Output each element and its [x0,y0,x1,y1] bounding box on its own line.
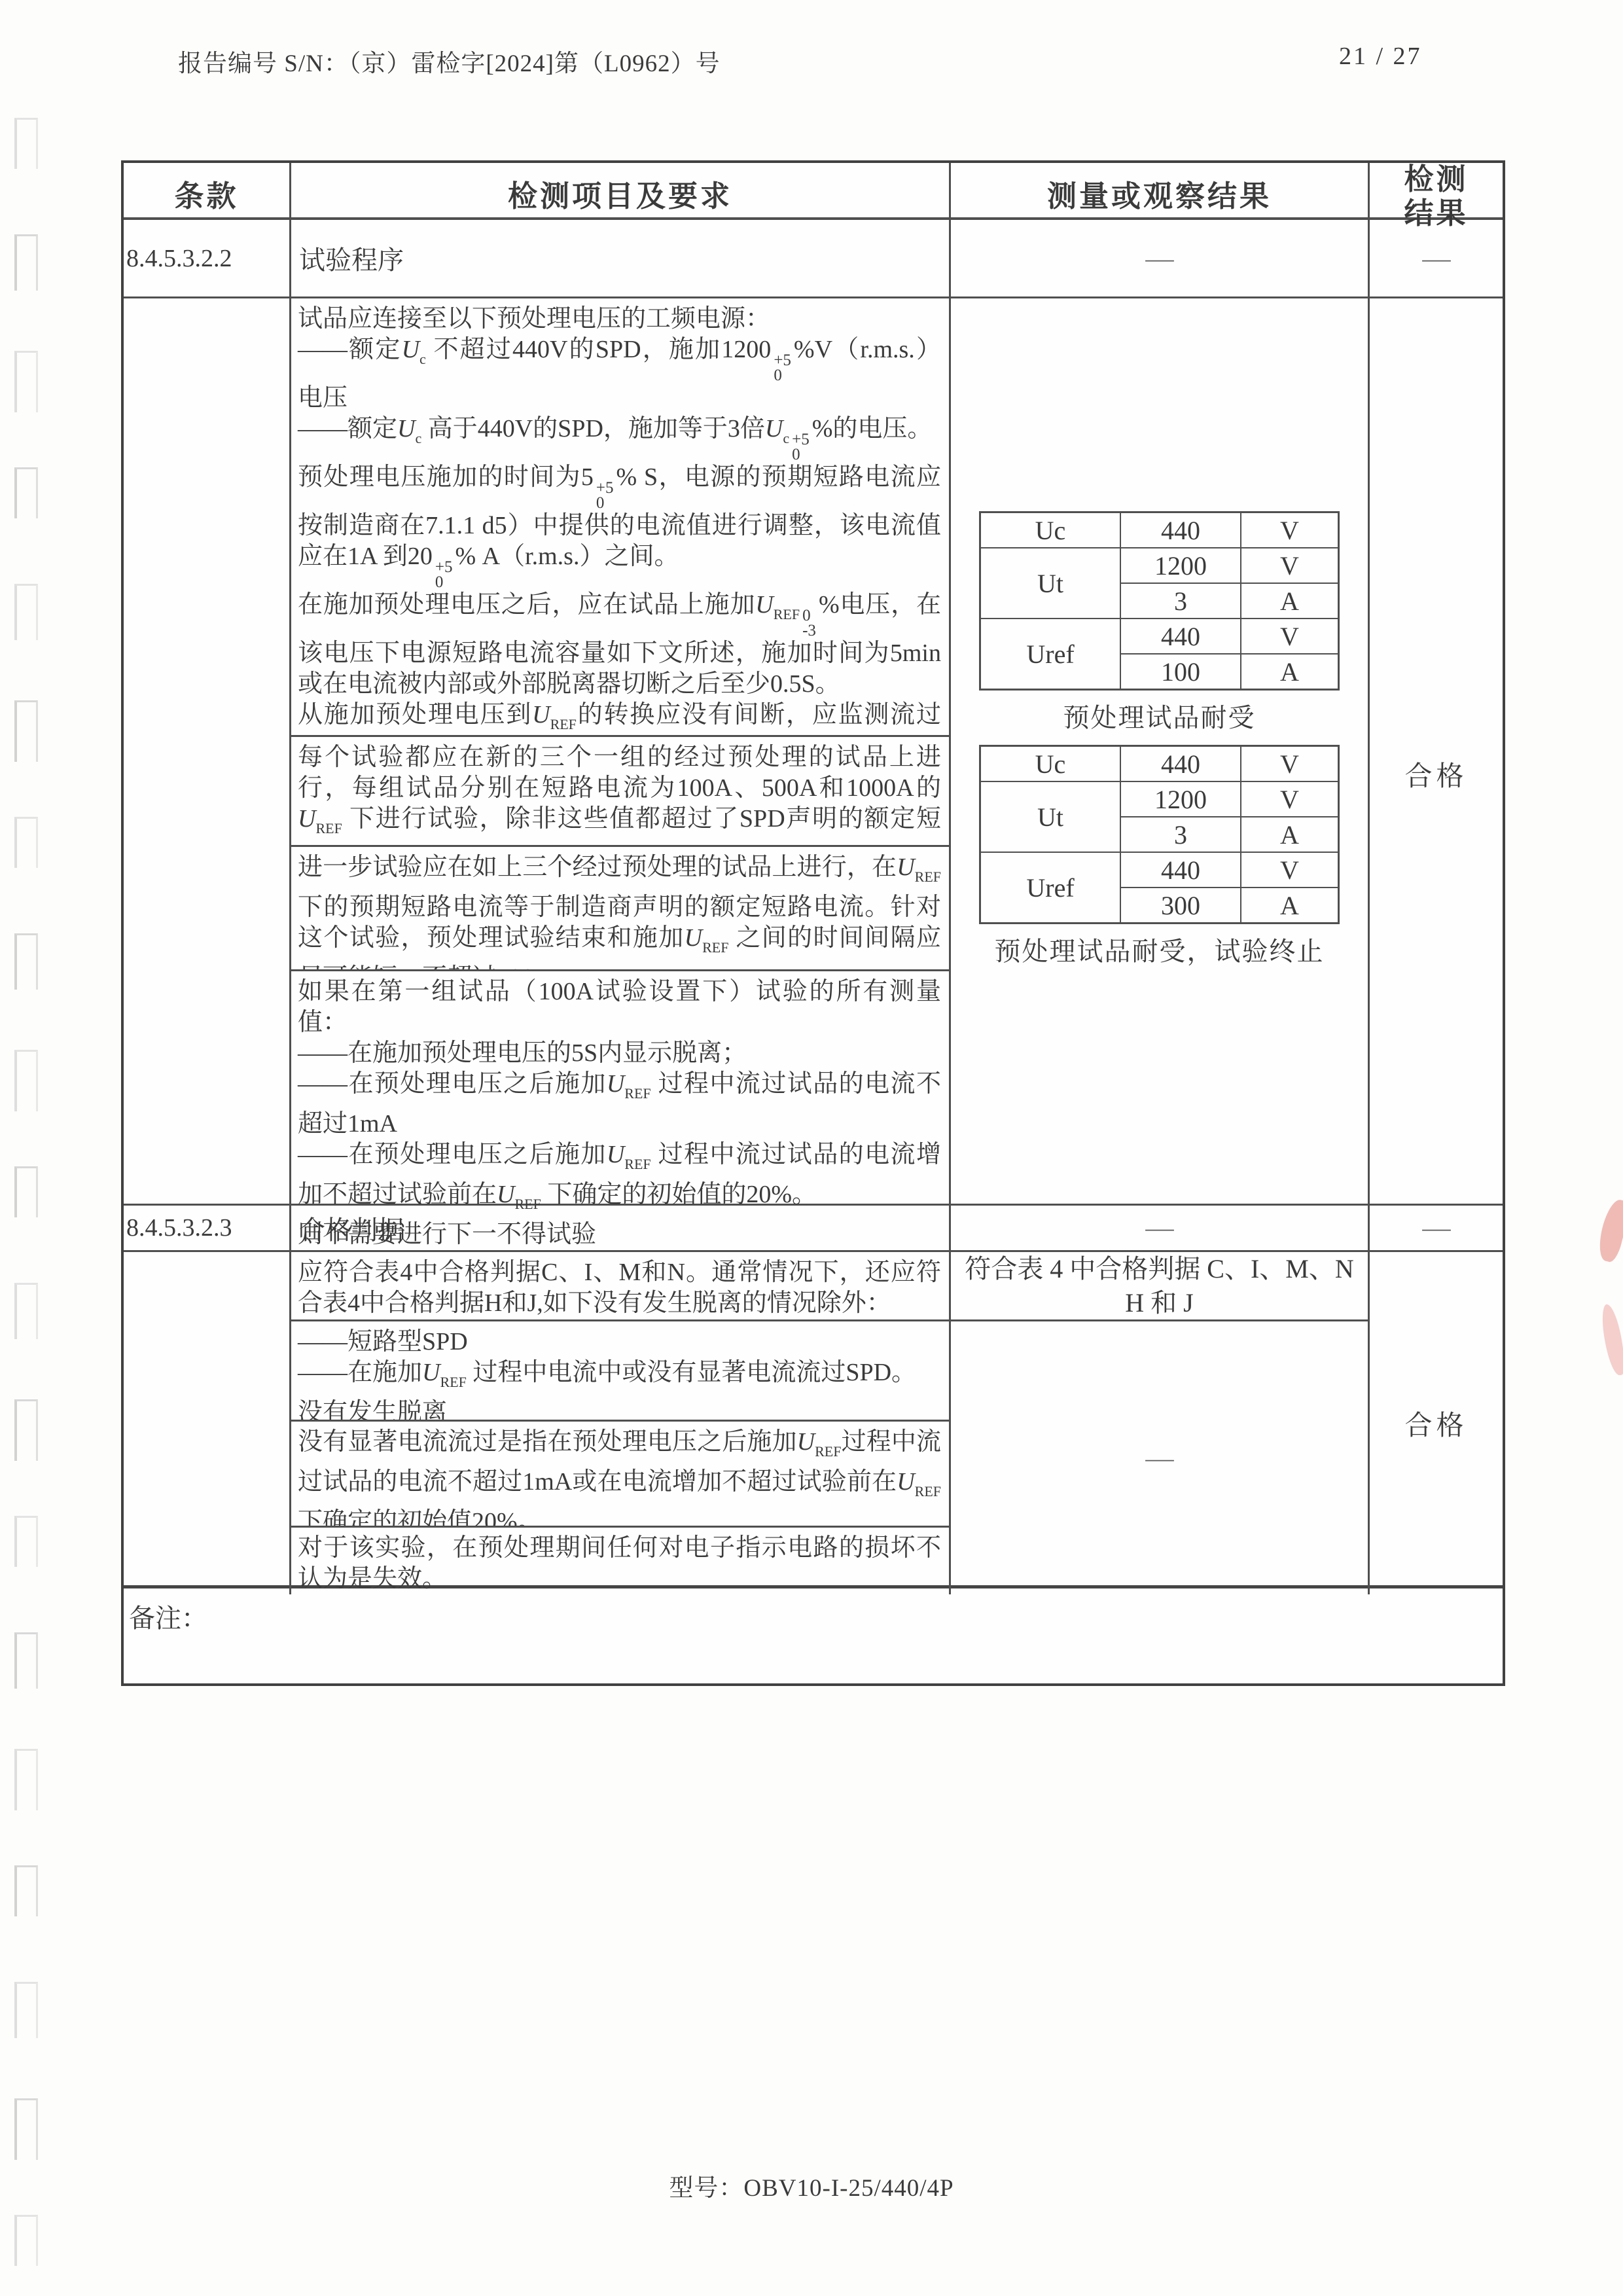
param-value: 100 [1120,654,1241,690]
measurement-caption: 预处理试品耐受，试验终止 [995,931,1325,968]
scan-artifact-mark [14,1399,38,1461]
red-stamp-fragment [1599,1303,1623,1377]
procedure-content-row: 试品应连接至以下预处理电压的工频电源： ——额定Uc 不超过440V的SPD，施… [124,298,1503,1206]
tolerance-stack: +50 [596,480,614,511]
scan-artifact-mark [14,1865,38,1916]
scan-artifact-mark [14,1166,38,1217]
requirement-block: 没有显著电流流过是指在预处理电压之后施加UREF过程中流过试品的电流不超过1mA… [291,1422,949,1528]
item-title: 合格判据 [291,1206,951,1250]
report-page: 报告编号 S/N：（京）雷检字[2024]第（L0962）号 21 / 27 条… [0,0,1623,2296]
measurement-table-1: Uc 440 V Ut 1200 V 3 A Uref [979,511,1340,691]
scan-artifact-mark [14,351,38,412]
measurement-dash: — [951,220,1370,296]
param-label: Uc [980,746,1121,782]
param-unit: A [1241,817,1339,852]
scan-artifact-mark [14,700,38,762]
clause-empty-cell [124,1252,291,1594]
param-label: Ut [980,781,1121,852]
scan-artifact-mark [14,234,38,291]
criteria-measurements: 符合表 4 中合格判据 C、I、M、N H 和 J — [951,1252,1370,1594]
red-stamp-fragment [1595,1197,1623,1263]
table-header-row: 条款 检测项目及要求 测量或观察结果 检测结果 [124,163,1503,220]
param-unit: V [1241,512,1339,548]
param-value: 1200 [1120,781,1241,817]
model-value: OBV10-I-25/440/4P [743,2175,954,2202]
clause-number: 8.4.5.3.2.2 [124,220,291,296]
clause-number: 8.4.5.3.2.3 [124,1206,291,1250]
clause-empty-cell [124,298,291,1250]
criteria-content-row: 应符合表4中合格判据C、I、M和N。通常情况下，还应符合表4中合格判据H和J,如… [124,1252,1503,1588]
scan-artifact-mark [14,817,38,868]
verdict-dash: — [1370,1206,1503,1250]
u-variable: Uc [402,336,426,363]
param-label: Uref [980,619,1121,690]
param-value: 3 [1120,583,1241,619]
param-value: 440 [1120,619,1241,654]
remark-row: 备注： [124,1588,1503,1683]
item-title: 试验程序 [291,220,951,296]
param-value: 440 [1120,852,1241,888]
u-variable: UREF [607,1070,651,1098]
param-unit: V [1241,852,1339,888]
tolerance-stack: 0-3 [802,608,816,638]
param-unit: V [1241,781,1339,817]
procedure-title-row: 8.4.5.3.2.2 试验程序 — — [124,220,1503,298]
u-variable: UREF [422,1359,467,1386]
scan-artifact-mark [14,2098,38,2160]
verdict-pass: 合格 [1370,1252,1503,1594]
measurement-dash: — [951,1206,1370,1250]
u-variable: Uc [397,415,421,442]
requirement-block: 对于该实验，在预处理期间任何对电子指示电路的损坏不认为是失效。 [291,1528,949,1594]
measurement-table-2: Uc 440 V Ut 1200 V 3 A Uref [979,745,1340,924]
report-number: 报告编号 S/N：（京）雷检字[2024]第（L0962）号 [178,43,721,79]
scan-artifact-mark [14,1749,38,1810]
criteria-requirements: 应符合表4中合格判据C、I、M和N。通常情况下，还应符合表4中合格判据H和J,如… [291,1252,951,1594]
tolerance-stack: +50 [774,353,791,383]
u-variable: UREF [897,853,941,881]
scan-artifact-mark [14,1632,38,1689]
requirement-block: 应符合表4中合格判据C、I、M和N。通常情况下，还应符合表4中合格判据H和J,如… [291,1252,949,1321]
model-line: 型号：OBV10-I-25/440/4P [0,2168,1623,2203]
u-variable: UREF [298,805,342,833]
param-unit: V [1241,746,1339,782]
param-label: Ut [980,548,1121,619]
scan-artifact-mark [14,1516,38,1567]
tolerance-stack: +50 [792,432,810,462]
scan-artifact-mark [14,1982,38,2038]
u-variable: UREF [897,1468,941,1496]
param-unit: V [1241,619,1339,654]
scan-artifact-mark [14,1283,38,1339]
param-label: Uc [980,512,1121,548]
scan-artifact-mark [14,933,38,990]
scan-artifact-mark [14,2215,38,2266]
param-label: Uref [980,852,1121,924]
param-value: 3 [1120,817,1241,852]
u-variable: UREF [685,924,729,952]
procedure-measurements: Uc 440 V Ut 1200 V 3 A Uref [951,298,1370,1250]
param-value: 440 [1120,746,1241,782]
model-label: 型号： [669,2175,743,2202]
requirement-block: 试品应连接至以下预处理电压的工频电源： ——额定Uc 不超过440V的SPD，施… [291,298,949,737]
criteria-result-text: 符合表 4 中合格判据 C、I、M、N H 和 J [951,1252,1368,1321]
verdict-pass: 合格 [1370,298,1503,1250]
u-variable: UREF [607,1141,651,1168]
remark-label: 备注： [124,1588,1503,1635]
param-value: 300 [1120,888,1241,924]
test-result-table: 条款 检测项目及要求 测量或观察结果 检测结果 8.4.5.3.2.2 试验程序… [121,160,1505,1686]
measurement-dash: — [951,1321,1368,1594]
u-variable: Uc [765,415,789,442]
tolerance-stack: +50 [435,560,453,590]
scan-artifact-mark [14,584,38,640]
param-unit: A [1241,583,1339,619]
param-unit: A [1241,888,1339,924]
requirement-block: 进一步试验应在如上三个经过预处理的试品上进行，在UREF 下的预期短路电流等于制… [291,847,949,971]
requirement-block: ——短路型SPD ——在施加UREF 过程中电流中或没有显著电流流过SPD。 没… [291,1321,949,1422]
param-value: 1200 [1120,548,1241,583]
param-unit: A [1241,654,1339,690]
criteria-title-row: 8.4.5.3.2.3 合格判据 — — [124,1206,1503,1252]
u-variable: UREF [755,591,800,619]
verdict-dash: — [1370,220,1503,296]
scan-artifact-mark [14,1050,38,1111]
measurement-caption: 预处理试品耐受 [1063,697,1256,734]
scan-artifact-mark [14,467,38,518]
u-variable: UREF [797,1428,842,1456]
u-variable: UREF [532,701,577,728]
scan-artifact-mark [14,118,38,169]
procedure-requirements: 试品应连接至以下预处理电压的工频电源： ——额定Uc 不超过440V的SPD，施… [291,298,951,1250]
requirement-block: 每个试验都应在新的三个一组的经过预处理的试品上进行，每组试品分别在短路电流为10… [291,737,949,847]
param-value: 440 [1120,512,1241,548]
param-unit: V [1241,548,1339,583]
page-number: 21 / 27 [1339,42,1422,71]
u-variable: UREF [497,1181,541,1208]
